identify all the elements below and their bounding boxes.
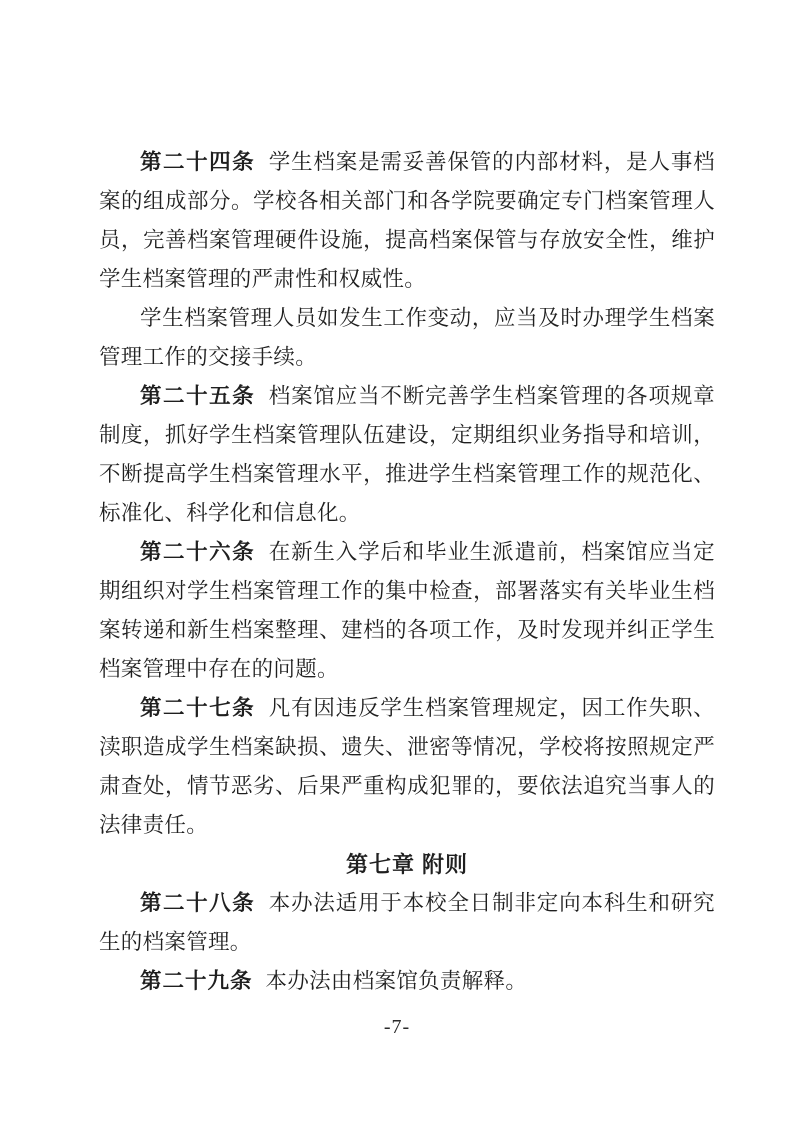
line-text: 档案馆应当不断完善学生档案管理的各项规章	[268, 384, 715, 408]
line-text: 档案管理中存在的问题。	[99, 657, 339, 681]
text-line: 第二十九条本办法由档案馆负责解释。	[99, 962, 715, 1001]
text-line: 员，完善档案管理硬件设施，提高档案保管与存放安全性，维护	[99, 221, 715, 260]
text-line: 第二十六条在新生入学后和毕业生派遣前，档案馆应当定	[99, 533, 715, 572]
text-line: 学生档案管理的严肃性和权威性。	[99, 260, 715, 299]
text-line: 生的档案管理。	[99, 923, 715, 962]
text-line: 第二十五条档案馆应当不断完善学生档案管理的各项规章	[99, 377, 715, 416]
document-body: 第二十四条学生档案是需妥善保管的内部材料，是人事档案的组成部分。学校各相关部门和…	[99, 143, 715, 1001]
text-line: 第二十七条凡有因违反学生档案管理规定，因工作失职、	[99, 689, 715, 728]
text-line: 管理工作的交接手续。	[99, 338, 715, 377]
article-number: 第二十八条	[140, 891, 255, 915]
text-line: 案转递和新生档案整理、建档的各项工作，及时发现并纠正学生	[99, 611, 715, 650]
line-text: 学生档案管理人员如发生工作变动，应当及时办理学生档案	[140, 306, 715, 330]
line-text: 案转递和新生档案整理、建档的各项工作，及时发现并纠正学生	[99, 618, 715, 642]
article-number: 第二十七条	[140, 696, 255, 720]
article-number: 第二十六条	[140, 540, 255, 564]
text-line: 制度，抓好学生档案管理队伍建设，定期组织业务指导和培训，	[99, 416, 715, 455]
line-text: 期组织对学生档案管理工作的集中检查，部署落实有关毕业生档	[99, 579, 715, 603]
line-text: 员，完善档案管理硬件设施，提高档案保管与存放安全性，维护	[99, 228, 715, 252]
article-number: 第二十四条	[140, 150, 255, 174]
line-text: 不断提高学生档案管理水平，推进学生档案管理工作的规范化、	[99, 462, 715, 486]
line-text: 标准化、科学化和信息化。	[99, 501, 361, 525]
line-text: 渎职造成学生档案缺损、遗失、泄密等情况，学校将按照规定严	[99, 735, 715, 759]
text-line: 档案管理中存在的问题。	[99, 650, 715, 689]
line-text: 凡有因违反学生档案管理规定，因工作失职、	[268, 696, 715, 720]
text-line: 不断提高学生档案管理水平，推进学生档案管理工作的规范化、	[99, 455, 715, 494]
document-page: 第二十四条学生档案是需妥善保管的内部材料，是人事档案的组成部分。学校各相关部门和…	[0, 0, 794, 1123]
text-line: 学生档案管理人员如发生工作变动，应当及时办理学生档案	[99, 299, 715, 338]
line-text: 学生档案管理的严肃性和权威性。	[99, 267, 426, 291]
article-number: 第二十九条	[140, 969, 253, 993]
text-line: 标准化、科学化和信息化。	[99, 494, 715, 533]
line-text: 在新生入学后和毕业生派遣前，档案馆应当定	[268, 540, 715, 564]
line-text: 管理工作的交接手续。	[99, 345, 317, 369]
text-line: 法律责任。	[99, 806, 715, 845]
text-line: 肃查处，情节恶劣、后果严重构成犯罪的，要依法追究当事人的	[99, 767, 715, 806]
line-text: 生的档案管理。	[99, 930, 252, 954]
chapter-heading: 第七章 附则	[99, 845, 715, 884]
line-text: 案的组成部分。学校各相关部门和各学院要确定专门档案管理人	[99, 189, 715, 213]
text-line: 期组织对学生档案管理工作的集中检查，部署落实有关毕业生档	[99, 572, 715, 611]
line-text: 学生档案是需妥善保管的内部材料，是人事档	[268, 150, 715, 174]
text-line: 第二十八条本办法适用于本校全日制非定向本科生和研究	[99, 884, 715, 923]
text-line: 案的组成部分。学校各相关部门和各学院要确定专门档案管理人	[99, 182, 715, 221]
page-number: -7-	[0, 1012, 794, 1042]
text-line: 第二十四条学生档案是需妥善保管的内部材料，是人事档	[99, 143, 715, 182]
text-line: 渎职造成学生档案缺损、遗失、泄密等情况，学校将按照规定严	[99, 728, 715, 767]
line-text: 本办法由档案馆负责解释。	[266, 969, 528, 993]
line-text: 本办法适用于本校全日制非定向本科生和研究	[268, 891, 715, 915]
line-text: 肃查处，情节恶劣、后果严重构成犯罪的，要依法追究当事人的	[99, 774, 715, 798]
line-text: 制度，抓好学生档案管理队伍建设，定期组织业务指导和培训，	[99, 423, 715, 447]
article-number: 第二十五条	[140, 384, 255, 408]
line-text: 法律责任。	[99, 813, 208, 837]
